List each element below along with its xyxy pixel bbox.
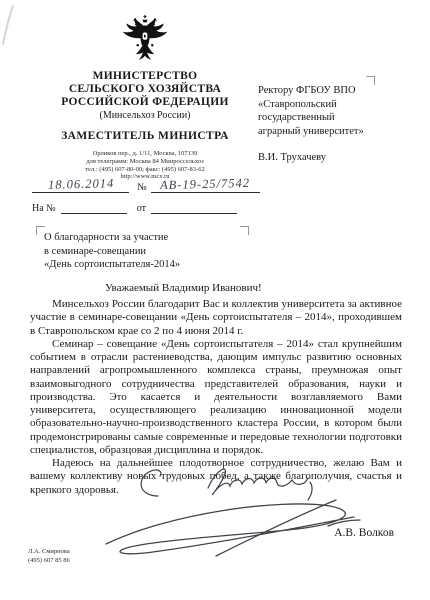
subject-block: О благодарности за участие в семинаре-со…: [44, 231, 254, 272]
recipient-line: государственный: [258, 111, 388, 125]
handwritten-date: 18.06.2014: [47, 176, 114, 193]
coat-of-arms-icon: [119, 14, 171, 64]
reply-from-label: от: [137, 203, 146, 214]
recipient-name: В.И. Трухачеву: [258, 151, 388, 165]
recipient-line: «Ставропольский: [258, 98, 388, 112]
address-line: Орликов пер., д. 1/11, Москва, 107139: [30, 150, 260, 158]
reply-number-blank: [61, 202, 127, 214]
outgoing-number-field: АВ-19-25/7542: [151, 177, 260, 193]
recipient-line: аграрный университет»: [258, 125, 388, 139]
salutation: Уважаемый Владимир Иванович!: [105, 282, 405, 294]
ministry-name-line: РОССИЙСКОЙ ФЕДЕРАЦИИ: [30, 96, 260, 109]
sender-position-title: ЗАМЕСТИТЕЛЬ МИНИСТРА: [30, 130, 260, 142]
letter-page: МИНИСТЕРСТВО СЕЛЬСКОГО ХОЗЯЙСТВА РОССИЙС…: [0, 0, 430, 600]
date-field: 18.06.2014: [32, 177, 129, 193]
subject-line: О благодарности за участие: [44, 231, 254, 245]
number-sign-label: №: [137, 182, 147, 193]
reply-number-label: На №: [32, 203, 56, 214]
executor-footer: Л.А. Смирнова (495) 607 85 86: [28, 548, 70, 565]
body-paragraph: Минсельхоз России благодарит Вас и колле…: [30, 298, 402, 338]
subject-line: «День сортоиспытателя-2014»: [44, 258, 254, 272]
executor-name: Л.А. Смирнова: [28, 548, 70, 557]
signer-name: А.В. Волков: [334, 527, 394, 539]
reply-date-blank: [151, 202, 237, 214]
recipient-block: Ректору ФГБОУ ВПО «Ставропольский госуда…: [258, 84, 388, 165]
address-line: тел.: (495) 607-80-00; факс: (495) 607-8…: [30, 166, 260, 174]
reference-block: 18.06.2014 № АВ-19-25/7542 На № от: [32, 177, 260, 214]
recipient-line: Ректору ФГБОУ ВПО: [258, 84, 388, 98]
ministry-name-line: СЕЛЬСКОГО ХОЗЯЙСТВА: [30, 83, 260, 96]
letterhead: МИНИСТЕРСТВО СЕЛЬСКОГО ХОЗЯЙСТВА РОССИЙС…: [30, 14, 260, 181]
ministry-name-line: МИНИСТЕРСТВО: [30, 70, 260, 83]
executor-phone: (495) 607 85 86: [28, 557, 70, 566]
body-paragraph: Семинар – совещание «День сортоиспытател…: [30, 338, 402, 457]
reply-reference-row: На № от: [32, 202, 260, 214]
ministry-short-name: (Минсельхоз России): [30, 110, 260, 122]
subject-line: в семинаре-совещании: [44, 245, 254, 259]
scan-artifact: [0, 4, 20, 48]
handwritten-number: АВ-19-25/7542: [160, 176, 250, 193]
address-line: для телеграмм: Москва 84 Минроссельхоз: [30, 158, 260, 166]
date-number-row: 18.06.2014 № АВ-19-25/7542: [32, 177, 260, 193]
